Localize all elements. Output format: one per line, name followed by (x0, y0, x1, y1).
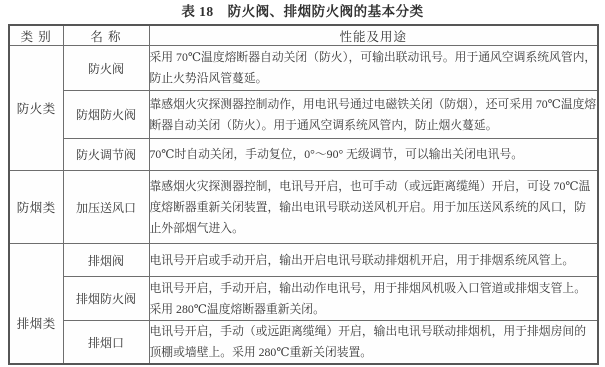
header-usage: 性能及用途 (149, 25, 598, 46)
category-cell: 防火类 (9, 46, 63, 171)
name-cell: 排烟口 (63, 321, 149, 365)
classification-table: 类 别 名 称 性能及用途 防火类防火阀采用 70℃温度熔断器自动关闭（防火），… (8, 24, 599, 365)
usage-cell: 电讯号开启或手动开启，输出开启电讯号联动排烟机开启，用于排烟系统风管上。 (149, 244, 598, 277)
table-row: 排烟口电讯号开启，手动（或远距离缆绳）开启，输出电讯号联动排烟机，用于排烟房间的… (9, 321, 598, 365)
name-cell: 加压送风口 (63, 171, 149, 244)
table-row: 防烟防火阀靠感烟火灾探测器控制动作，用电讯号通过电磁铁关闭（防烟），还可采用 7… (9, 91, 598, 139)
name-cell: 防火阀 (63, 46, 149, 91)
table-row: 排烟防火阀电讯号开启，手动开启，输出动作电讯号，用于排烟风机吸入口管道或排烟支管… (9, 277, 598, 321)
table-title: 表 18 防火阀、排烟防火阀的基本分类 (0, 0, 605, 24)
table-row: 防火调节阀70℃时自动关闭，手动复位，0°～90° 无级调节，可以输出关闭电讯号… (9, 139, 598, 171)
name-cell: 排烟阀 (63, 244, 149, 277)
category-cell: 排烟类 (9, 244, 63, 365)
table-header-row: 类 别 名 称 性能及用途 (9, 25, 598, 46)
usage-cell: 电讯号开启，手动（或远距离缆绳）开启，输出电讯号联动排烟机，用于排烟房间的顶棚或… (149, 321, 598, 365)
header-category: 类 别 (9, 25, 63, 46)
table-row: 防烟类加压送风口靠感烟火灾探测器控制，电讯号开启，也可手动（或远距离缆绳）开启，… (9, 171, 598, 244)
name-cell: 防火调节阀 (63, 139, 149, 171)
table-row: 排烟类排烟阀电讯号开启或手动开启，输出开启电讯号联动排烟机开启，用于排烟系统风管… (9, 244, 598, 277)
table-row: 防火类防火阀采用 70℃温度熔断器自动关闭（防火），可输出联动讯号。用于通风空调… (9, 46, 598, 91)
name-cell: 排烟防火阀 (63, 277, 149, 321)
name-cell: 防烟防火阀 (63, 91, 149, 139)
header-name: 名 称 (63, 25, 149, 46)
usage-cell: 靠感烟火灾探测器控制，电讯号开启，也可手动（或远距离缆绳）开启，可设 70℃温度… (149, 171, 598, 244)
usage-cell: 70℃时自动关闭，手动复位，0°～90° 无级调节，可以输出关闭电讯号。 (149, 139, 598, 171)
category-cell: 防烟类 (9, 171, 63, 244)
usage-cell: 靠感烟火灾探测器控制动作，用电讯号通过电磁铁关闭（防烟），还可采用 70℃温度熔… (149, 91, 598, 139)
table-body: 防火类防火阀采用 70℃温度熔断器自动关闭（防火），可输出联动讯号。用于通风空调… (9, 46, 598, 365)
usage-cell: 电讯号开启，手动开启，输出动作电讯号，用于排烟风机吸入口管道或排烟支管上。采用 … (149, 277, 598, 321)
usage-cell: 采用 70℃温度熔断器自动关闭（防火），可输出联动讯号。用于通风空调系统风管内，… (149, 46, 598, 91)
